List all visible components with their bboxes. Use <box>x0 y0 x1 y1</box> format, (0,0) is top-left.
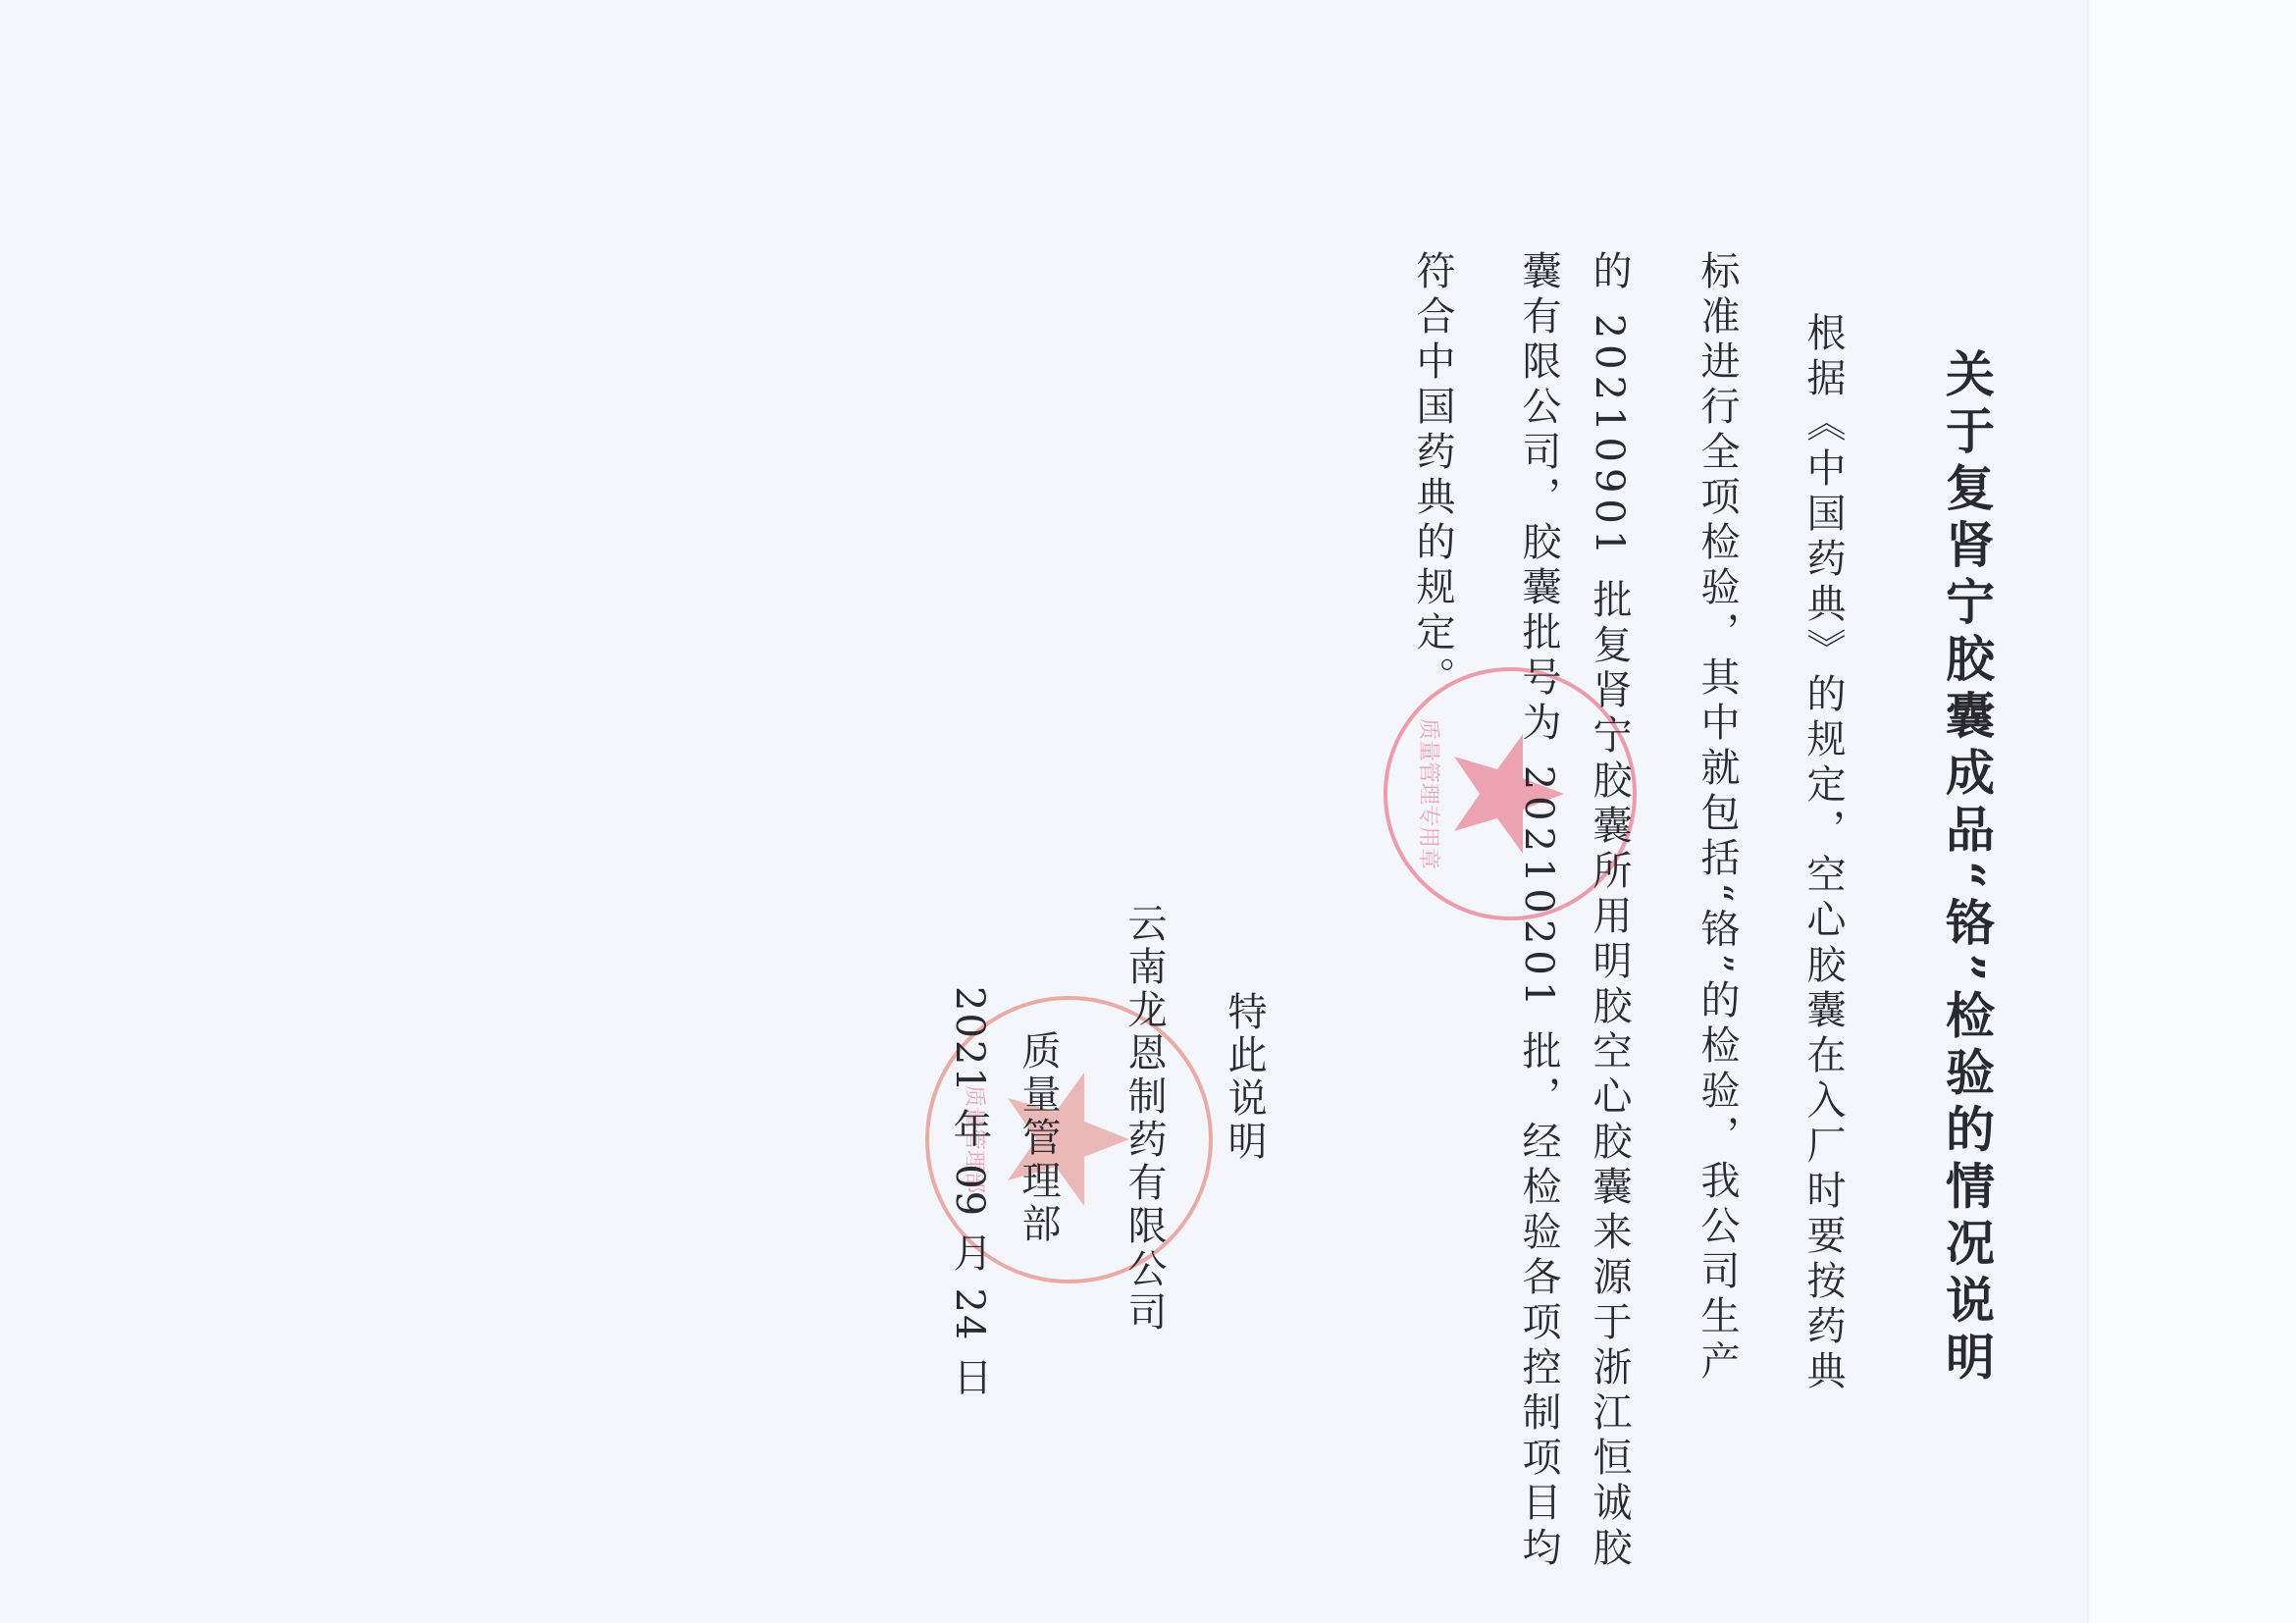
document-date: 2021 年 09 月 24 日 <box>942 986 998 1397</box>
closing-remark: 特此说明 <box>1217 991 1273 1164</box>
scan-margin <box>2090 0 2296 1623</box>
stamp-seal-text: 质量管理专用章 <box>1416 718 1440 869</box>
department-name: 质量管理部 <box>1011 1030 1067 1246</box>
body-paragraph-line-2: 标准进行全项检验，其中就包括“铬”的检验，我公司生产 <box>1697 250 1737 1386</box>
body-paragraph-line-1: 根据《中国药典》的规定，空心胶囊在入厂时要按药典 <box>1803 312 1843 1395</box>
document-title: 关于复肾宁胶囊成品“铬”检验的情况说明 <box>1931 348 2002 1388</box>
body-paragraph-line-3: 的 20210901 批复肾宁胶囊所用明胶空心胶囊来源于浙江恒诚胶 <box>1590 250 1629 1572</box>
company-name: 云南龙恩制药有限公司 <box>1117 903 1173 1335</box>
body-paragraph-line-4: 囊有限公司，胶囊批号为 20210201 批，经检验各项控制项目均 <box>1519 250 1558 1572</box>
body-paragraph-line-5: 符合中国药典的规定。 <box>1413 250 1452 702</box>
scan-edge-line <box>2087 0 2090 1623</box>
